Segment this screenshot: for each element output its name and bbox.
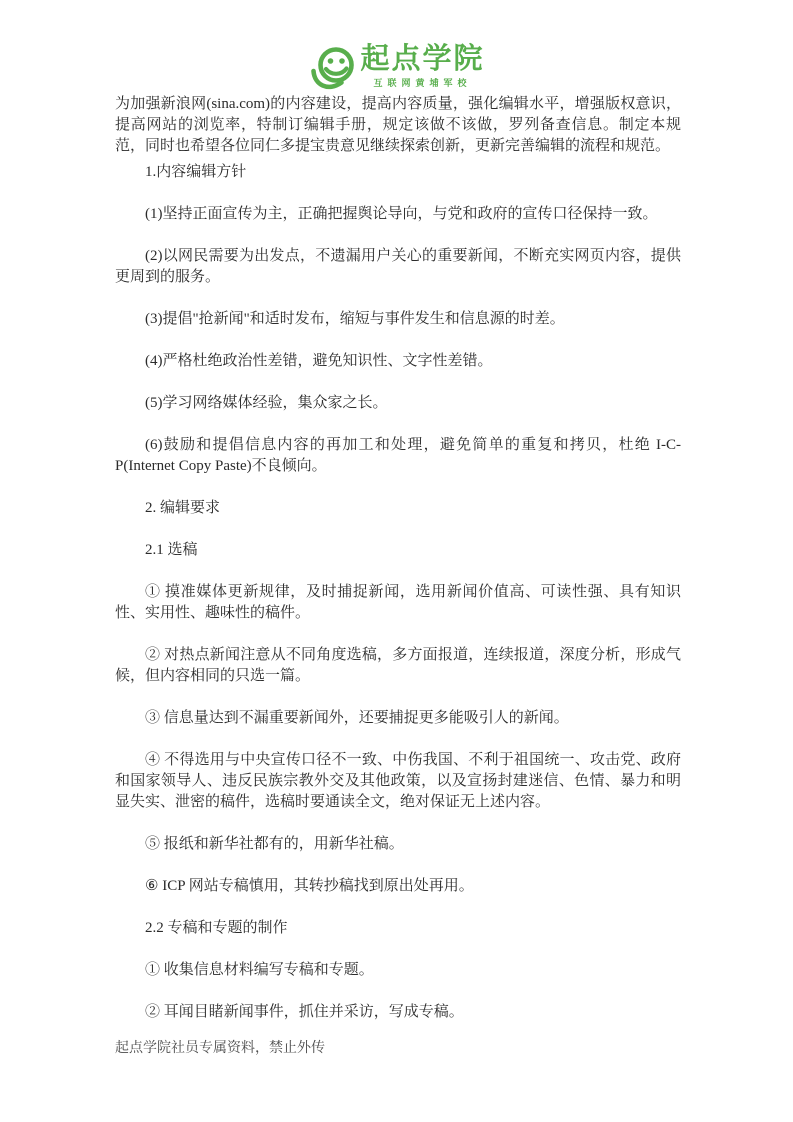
document-paragraph: ③ 信息量达到不漏重要新闻外，还要捕捉更多能吸引人的新闻。	[115, 708, 681, 729]
document-paragraph: ① 收集信息材料编写专稿和专题。	[115, 960, 681, 981]
logo-text-block: 起点学院 互联网黄埔军校	[360, 44, 484, 89]
document-paragraph: ⑥ ICP 网站专稿慎用，其转抄稿找到原出处再用。	[115, 876, 681, 897]
document-paragraph: (3)提倡"抢新闻"和适时发布，缩短与事件发生和信息源的时差。	[115, 309, 681, 330]
document-page: 起点学院 互联网黄埔军校 为加强新浪网(sina.com)的内容建设，提高内容质…	[0, 0, 793, 1122]
document-body: 为加强新浪网(sina.com)的内容建设，提高内容质量，强化编辑水平，增强版权…	[115, 94, 681, 1044]
document-paragraph: ⑤ 报纸和新华社都有的，用新华社稿。	[115, 834, 681, 855]
document-paragraph: (4)严格杜绝政治性差错，避免知识性、文字性差错。	[115, 351, 681, 372]
document-paragraph: ① 摸准媒体更新规律，及时捕捉新闻，选用新闻价值高、可读性强、具有知识性、实用性…	[115, 582, 681, 624]
document-paragraph: 2.1 选稿	[115, 540, 681, 561]
document-paragraph: 为加强新浪网(sina.com)的内容建设，提高内容质量，强化编辑水平，增强版权…	[115, 94, 681, 157]
document-paragraph: 2.2 专稿和专题的制作	[115, 918, 681, 939]
document-paragraph: (6)鼓励和提倡信息内容的再加工和处理，避免简单的重复和拷贝，杜绝 I-C-P(…	[115, 435, 681, 477]
document-paragraph: (5)学习网络媒体经验，集众家之长。	[115, 393, 681, 414]
document-paragraph: ② 对热点新闻注意从不同角度选稿，多方面报道，连续报道，深度分析，形成气候，但内…	[115, 645, 681, 687]
document-paragraph: (2)以网民需要为出发点，不遗漏用户关心的重要新闻，不断充实网页内容，提供更周到…	[115, 246, 681, 288]
document-paragraph: 2. 编辑要求	[115, 498, 681, 519]
logo-tagline: 互联网黄埔军校	[373, 76, 471, 89]
document-paragraph: (1)坚持正面宣传为主，正确把握舆论导向，与党和政府的宣传口径保持一致。	[115, 204, 681, 225]
footer-note: 起点学院社员专属资料，禁止外传	[115, 1039, 325, 1059]
document-paragraph: ② 耳闻目睹新闻事件，抓住并采访，写成专稿。	[115, 1002, 681, 1023]
logo: 起点学院 互联网黄埔军校	[0, 44, 793, 96]
smiley-q-icon	[308, 44, 358, 96]
document-paragraph: 1.内容编辑方针	[115, 162, 681, 183]
logo-brand-text: 起点学院	[360, 44, 484, 75]
document-paragraph: ④ 不得选用与中央宣传口径不一致、中伤我国、不利于祖国统一、攻击党、政府和国家领…	[115, 750, 681, 813]
